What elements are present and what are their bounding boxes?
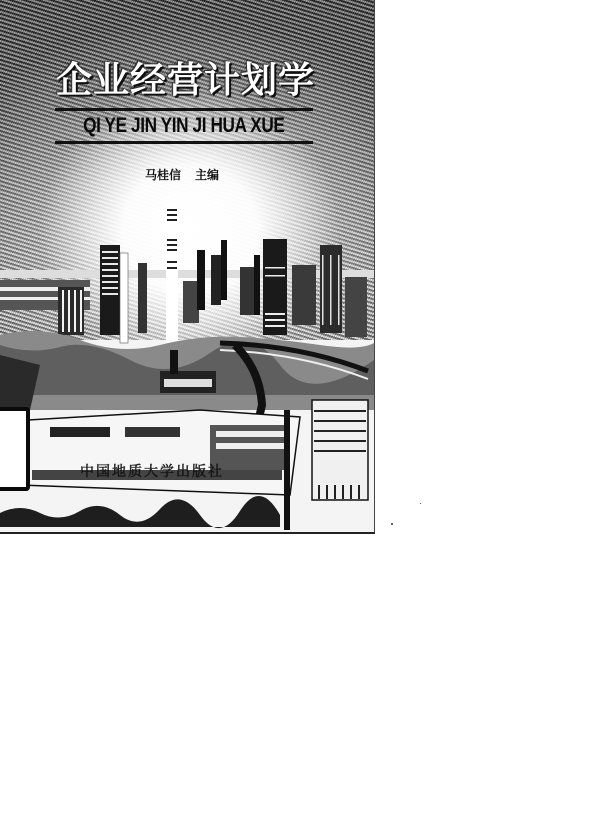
pinyin-title-bar: QI YE JIN YIN JI HUA XUE [55,108,313,144]
scan-speck [420,503,421,504]
author-name: 马桂信 [145,166,181,183]
book-title-pinyin: QI YE JIN YIN JI HUA XUE [83,114,284,138]
publisher-name: 中国地质大学出版社 [80,461,224,481]
library-label-tab [0,407,30,491]
book-title: 企业经营计划学 [56,52,326,103]
author-line: 马桂信 主编 [145,166,219,183]
book-cover: 企业经营计划学 QI YE JIN YIN JI HUA XUE 马桂信 主编 [0,0,375,534]
scan-speck [391,523,393,525]
city-skyline-illustration [0,195,374,534]
author-role: 主编 [195,166,219,183]
